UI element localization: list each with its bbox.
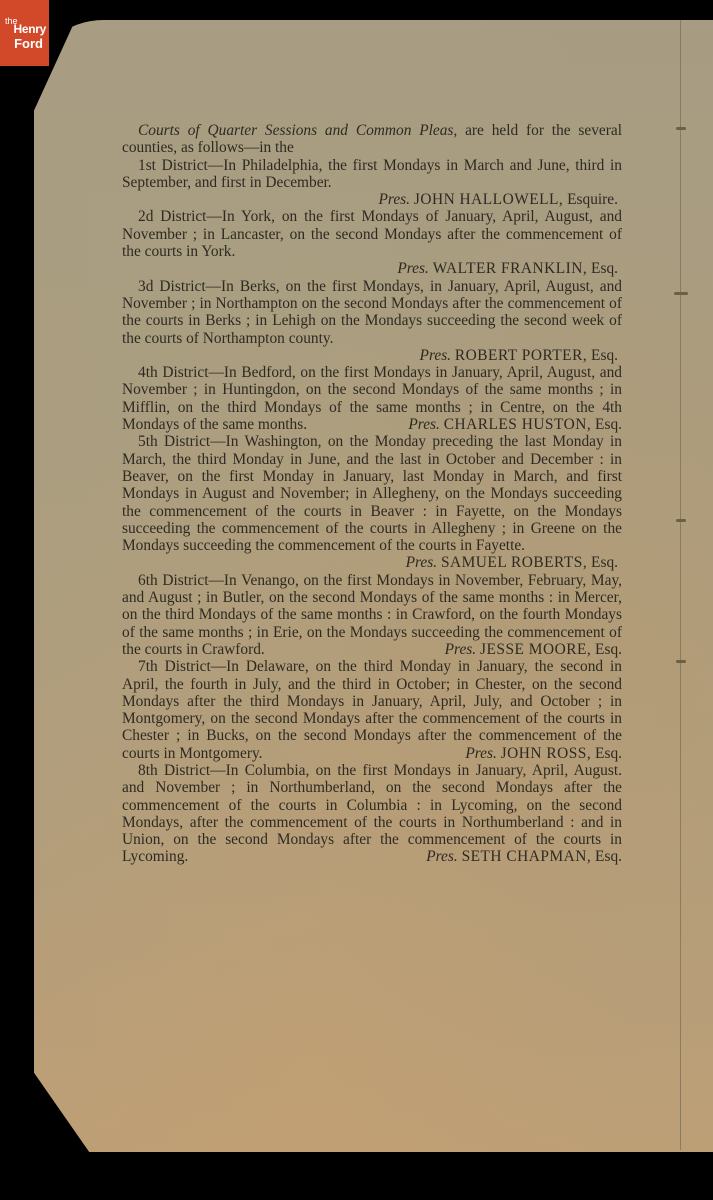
- district-6-text: 6th District—In Venango, on the first Mo…: [122, 572, 622, 658]
- district-1-president: Pres. JOHN HALLOWELL, Esquire.: [122, 191, 622, 208]
- pres-name: JOHN ROSS,: [501, 745, 592, 762]
- document-text: Courts of Quarter Sessions and Common Pl…: [122, 122, 622, 866]
- pres-name: ROBERT PORTER,: [455, 347, 587, 364]
- district-2-president: Pres. WALTER FRANKLIN, Esq.: [122, 260, 622, 277]
- henry-ford-logo: the Henry Ford: [0, 0, 49, 66]
- pres-name: SAMUEL ROBERTS,: [441, 554, 587, 571]
- pres-label: Pres.: [408, 416, 440, 433]
- intro-paragraph: Courts of Quarter Sessions and Common Pl…: [122, 122, 622, 157]
- district-7-president: Pres. JOHN ROSS, Esq.: [449, 745, 622, 762]
- pres-name: JOHN HALLOWELL,: [414, 191, 563, 208]
- pres-suffix: Esq.: [591, 745, 622, 762]
- logo-henry: Henry: [13, 23, 46, 35]
- pres-suffix: Esq.: [587, 554, 618, 571]
- district-1-text: 1st District—In Philadelphia, the first …: [122, 157, 622, 192]
- pres-suffix: Esquire.: [563, 191, 618, 208]
- district-4-president: Pres. CHARLES HUSTON, Esq.: [392, 416, 622, 433]
- stitch-mark: [674, 292, 688, 295]
- pres-label: Pres.: [397, 260, 429, 277]
- district-3-president: Pres. ROBERT PORTER, Esq.: [122, 347, 622, 364]
- pres-label: Pres.: [420, 347, 452, 364]
- district-5-text: 5th District—In Washington, on the Monda…: [122, 433, 622, 554]
- stitch-mark: [676, 127, 686, 130]
- district-4-text: 4th District—In Bedford, on the first Mo…: [122, 364, 622, 433]
- district-2-text: 2d District—In York, on the first Monday…: [122, 208, 622, 260]
- intro-italic: Courts of Quarter Sessions and Common Pl…: [138, 122, 457, 139]
- district-6-president: Pres. JESSE MOORE, Esq.: [429, 641, 622, 658]
- pres-label: Pres.: [406, 554, 438, 571]
- pres-name: CHARLES HUSTON,: [444, 416, 591, 433]
- district-8-president: Pres. SETH CHAPMAN, Esq.: [410, 848, 622, 865]
- logo-ford: Ford: [14, 37, 43, 50]
- pres-name: JESSE MOORE,: [480, 641, 591, 658]
- district-5-president: Pres. SAMUEL ROBERTS, Esq.: [122, 554, 622, 571]
- pres-suffix: Esq.: [591, 416, 622, 433]
- pres-label: Pres.: [379, 191, 411, 208]
- pres-suffix: Esq.: [587, 260, 618, 277]
- page-fold-line: [680, 20, 681, 1150]
- stitch-mark: [676, 519, 686, 522]
- pres-name: WALTER FRANKLIN,: [433, 260, 588, 277]
- pres-name: SETH CHAPMAN,: [462, 848, 592, 865]
- district-3-text: 3d District—In Berks, on the first Monda…: [122, 278, 622, 347]
- pres-suffix: Esq.: [591, 641, 622, 658]
- pres-label: Pres.: [445, 641, 477, 658]
- stitch-mark: [676, 660, 686, 663]
- district-8-text: 8th District—In Columbia, on the first M…: [122, 762, 622, 866]
- pres-suffix: Esq.: [587, 347, 618, 364]
- district-7-text: 7th District—In Delaware, on the third M…: [122, 658, 622, 762]
- pres-label: Pres.: [426, 848, 458, 865]
- pres-suffix: Esq.: [591, 848, 622, 865]
- pres-label: Pres.: [465, 745, 497, 762]
